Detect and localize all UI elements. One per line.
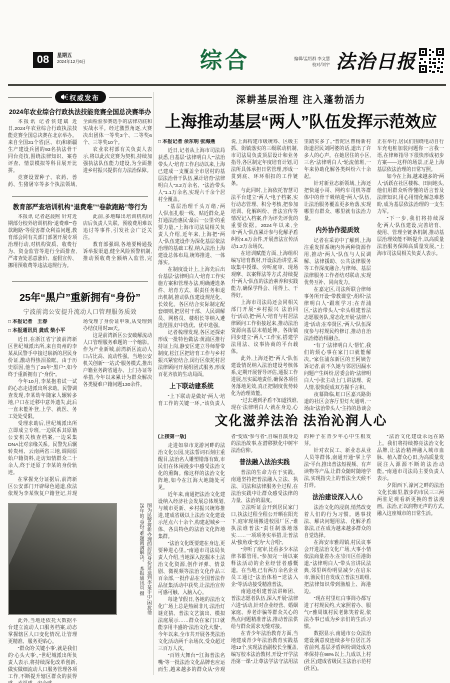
column-divider — [153, 92, 154, 675]
article-c-body: □ 本报记者 王春 □ 本报通讯员 龚成 柴小平 近日,在浙江省宁波前湾新区世纪… — [8, 319, 152, 500]
credits-line-2: 校对/刘宇 — [294, 62, 330, 68]
main-body-part-1: 近日,记者从上海市司法局获悉,自基层“法律明白人”“法治带头人”培育工作启动以来… — [158, 148, 225, 379]
authority-release-tag-row: 权威发布 — [8, 91, 152, 103]
bottom-subhead-1: 普法融入法治实践 — [231, 459, 298, 466]
article-a-body: 本报讯 记者侯建斌 近日,2024年农业综合行政执法技能竞赛全国总决赛在北京举办… — [8, 119, 152, 191]
news-photo — [8, 503, 117, 615]
left-column: 权威发布 2024年农业综合行政执法技能竞赛全国总决赛举办 本报讯 记者侯建斌 … — [8, 91, 152, 683]
bottom-article-body: (上接第一版) 走进如皋市龙游河畔的法治文化公园,宪法誓词石刻庄重醒目,法治名人… — [158, 434, 444, 676]
bottom-article: 文化滋养法治 法治沁润人心 (上接第一版) 走进如皋市龙游河畔的法治文化公园,宪… — [158, 410, 444, 676]
photo-caption: 图为民警将新办理的居民身份证送到李某手中,困扰他25年的“身份”难题圆满解决。 … — [117, 503, 152, 615]
main-article-kicker: 深耕基层治理 注入蓬勃活力 — [158, 92, 444, 106]
article-b-body: 本报讯 记者赵晨熙 针对近期部分校外培训机构“退费难”“卷款跑路”等侵害群众利益… — [8, 214, 152, 276]
article-c-byline-1: □ 本报记者 王春 — [8, 319, 77, 326]
main-article-byline: □ 本报记者 余东明 张海燕 — [158, 139, 225, 146]
bottom-article-headline: 文化滋养法治 法治沁润人心 — [158, 410, 444, 429]
main-article: 深耕基层治理 注入蓬勃活力 上海推动基层“两人”队伍发挥示范效应 □ 本报记者 … — [158, 92, 444, 413]
tag-rule-left — [8, 97, 52, 98]
newspaper-masthead: 法治日报 — [336, 47, 416, 74]
page-number-box: 08 — [33, 52, 53, 68]
editor-credits: 编辑/孟绍群 李文慧 校对/刘宇 — [294, 56, 330, 68]
article-c-body-continued: 此外,当地还依托大数据平台建立流动人口服务档案,动态掌握辖区人口变化情况,让管理… — [8, 618, 152, 683]
main-article-body: □ 本报记者 余东明 张海燕 近日,记者从上海市司法局获悉,自基层“法律明白人”… — [158, 139, 444, 413]
tag-rule-right — [109, 97, 153, 98]
header-rule — [8, 84, 446, 86]
bottom-subhead-2: 法治建设深入人心 — [304, 494, 371, 501]
photo-row: 图为民警将新办理的居民身份证送到李某手中,困扰他25年的“身份”难题圆满解决。 … — [8, 503, 152, 615]
article-divider — [12, 281, 148, 282]
megaphone-icon — [61, 94, 68, 100]
article-c-paragraphs: 近日,在浙江省宁波前湾新区世纪城派出所,来自贵州的李某从民警手中接过崭新的居民身… — [8, 319, 152, 500]
section-title: 综合 — [200, 44, 250, 75]
article-c-headline: 25年“黑户”重新拥有“身份” — [8, 289, 152, 304]
main-article-headline: 上海推动基层“两人”队伍发挥示范效应 — [158, 109, 444, 132]
article-c-subtitle: 宁波前湾公安提升流动人口管理服务质效 — [8, 307, 152, 316]
newspaper-page: 08 星期五 2024年12月6日 综合 编辑/孟绍群 李文慧 校对/刘宇 法治… — [0, 0, 450, 683]
authority-release-tag: 权威发布 — [55, 91, 106, 103]
main-subhead-1: 上下联动建系统 — [158, 383, 225, 390]
page-date-info: 星期五 2024年12月6日 — [57, 53, 86, 65]
article-b-headline: 教育部严查培训机构“退费难”“卷款跑路”等行为 — [8, 202, 152, 211]
main-subhead-2: 内外协作提质效 — [304, 227, 371, 234]
qr-code-icon — [419, 48, 444, 73]
article-c-byline-2: □ 本报通讯员 龚成 柴小平 — [8, 328, 77, 335]
date-label: 2024年12月6日 — [57, 59, 86, 65]
continued-from-page-one: (上接第一版) — [158, 434, 225, 441]
article-divider — [12, 196, 148, 197]
tag-label: 权威发布 — [70, 93, 100, 102]
article-a-headline: 2024年农业综合行政执法技能竞赛全国总决赛举办 — [8, 107, 152, 116]
